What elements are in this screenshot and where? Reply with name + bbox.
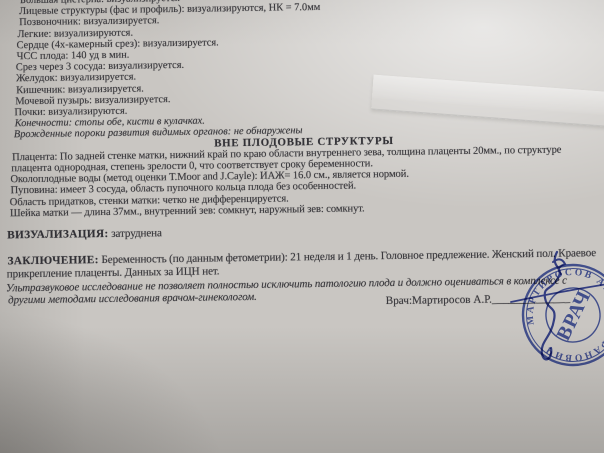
ultrasound-report-photo: Большая цистерна: визуализируется Лицевы…: [0, 0, 604, 453]
doctor-signature-scribble: [503, 238, 604, 378]
visualization-value: затруднена: [108, 227, 161, 240]
doctor-name: Врач:Мартиросов А.Р.: [386, 294, 492, 307]
visualization-label: ВИЗУАЛИЗАЦИЯ:: [7, 228, 109, 241]
disclaimer-line-2: другими методами исследования врачом-гин…: [8, 291, 257, 307]
conclusion-label: ЗАКЛЮЧЕНИЕ:: [7, 254, 98, 267]
